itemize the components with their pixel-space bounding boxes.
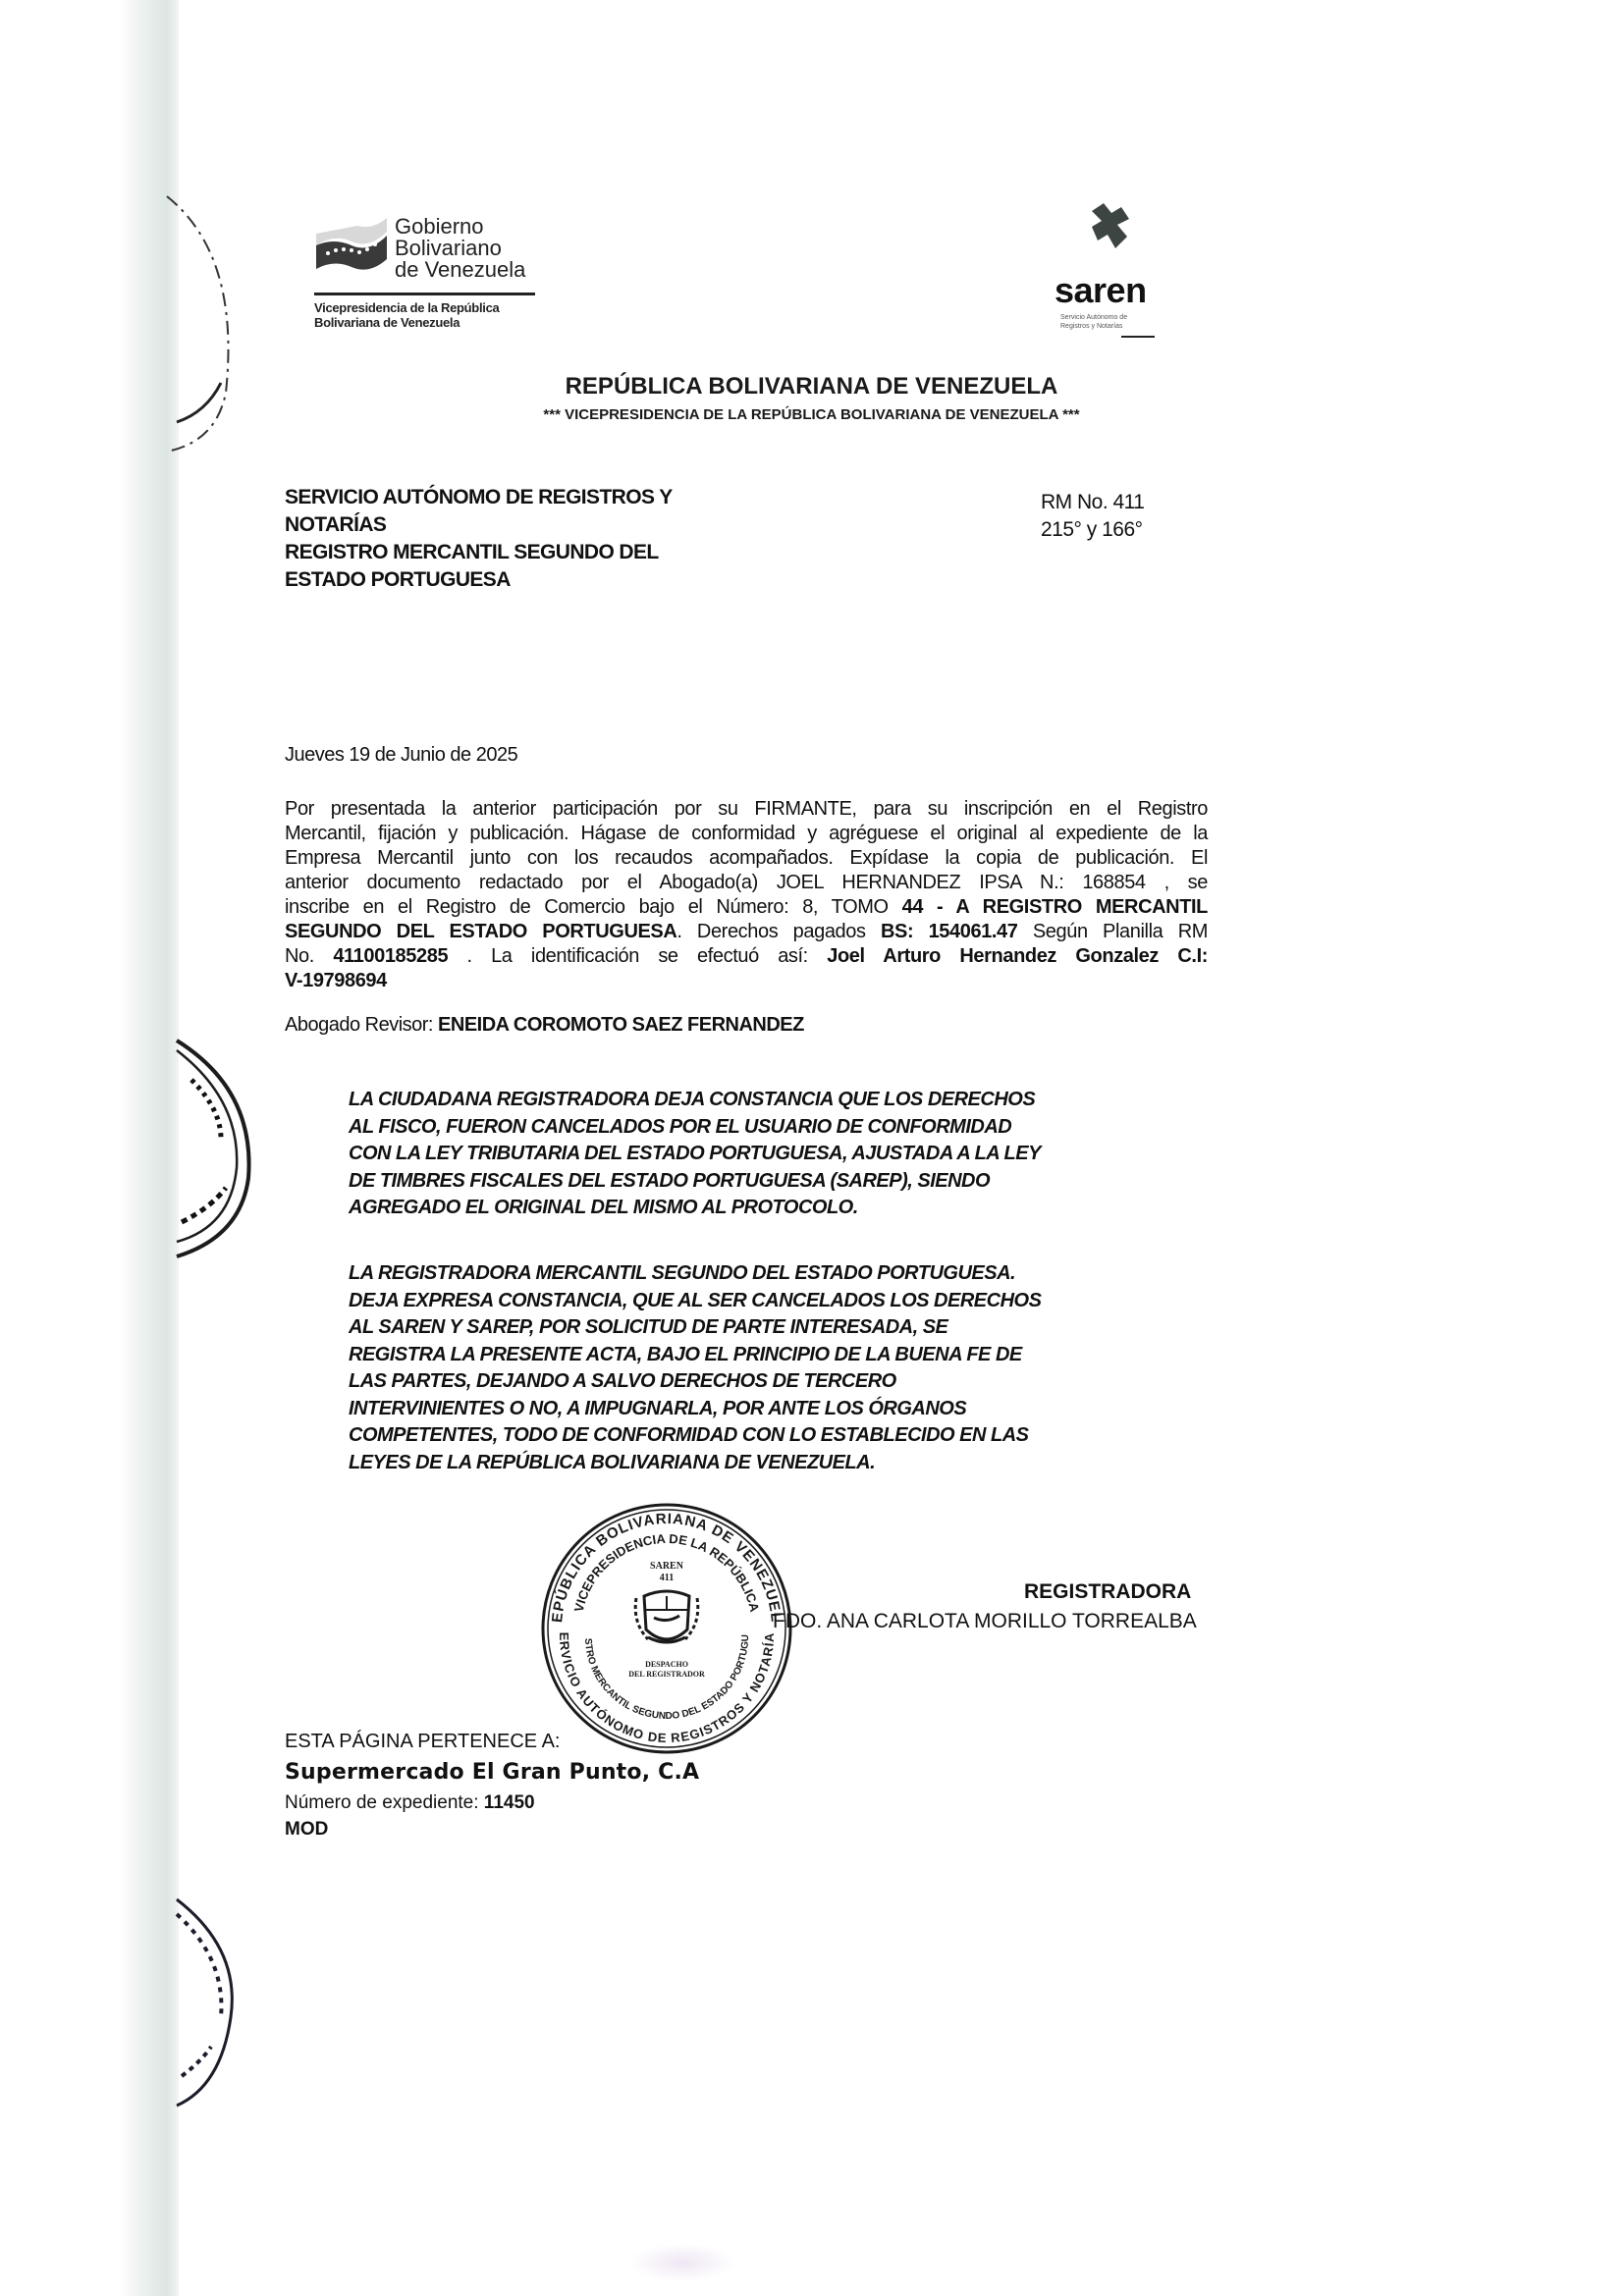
svg-text:DESPACHO: DESPACHO [645, 1660, 688, 1669]
registration-paragraph: Por presentada la anterior participación… [285, 797, 1208, 993]
gobierno-bolivariano-logo: Gobierno Bolivariano de Venezuela Vicepr… [314, 196, 569, 344]
file-number: Número de expediente: 11450 [285, 1792, 535, 1814]
svg-text:411: 411 [660, 1573, 674, 1583]
years-marker: 215° y 166° [1041, 516, 1145, 544]
partial-stamp-middle [172, 1031, 270, 1266]
office-name: SERVICIO AUTÓNOMO DE REGISTROS Y NOTARÍA… [285, 484, 673, 594]
tomo-registry: 44 - A REGISTRO MERCANTIL [902, 896, 1208, 918]
cedula-number: V-19798694 [285, 970, 387, 991]
signer-name: FDO. ANA CARLOTA MORILLO TORREALBA [773, 1610, 1197, 1633]
saren-mark-icon [1088, 201, 1133, 250]
document-date: Jueves 19 de Junio de 2025 [285, 744, 517, 767]
gob-logo-text: Gobierno Bolivariano de Venezuela [395, 216, 525, 281]
page-belongs-label: ESTA PÁGINA PERTENECE A: [285, 1731, 560, 1753]
svg-text:SAREN: SAREN [650, 1561, 684, 1572]
mod-label: MOD [285, 1819, 328, 1841]
reviewing-lawyer: Abogado Revisor: ENEIDA COROMOTO SAEZ FE… [285, 1014, 804, 1037]
svg-text:DEL REGISTRADOR: DEL REGISTRADOR [628, 1670, 705, 1679]
document-subtitle: *** VICEPRESIDENCIA DE LA REPÚBLICA BOLI… [0, 406, 1623, 423]
fees-paid: BS: 154061.47 [881, 921, 1018, 942]
gob-logo-rule [314, 293, 535, 295]
identified-person: Joel Arturo Hernandez Gonzalez C.I: [827, 945, 1208, 967]
saren-logo: saren Servicio Autónomo de Registros y N… [1051, 201, 1178, 348]
company-name: Supermercado El Gran Punto, C.A [285, 1760, 699, 1785]
saren-subtitle: Servicio Autónomo de Registros y Notaría… [1060, 313, 1159, 331]
coat-of-arms-icon [635, 1591, 698, 1642]
partial-stamp-bottom [172, 1890, 260, 2115]
venezuela-flag-icon [314, 216, 391, 275]
fiscal-rights-notice: LA CIUDADANA REGISTRADORA DEJA CONSTANCI… [349, 1087, 1041, 1222]
saren-rule [1121, 336, 1155, 338]
registrar-constancy-notice: LA REGISTRADORA MERCANTIL SEGUNDO DEL ES… [349, 1260, 1041, 1476]
rm-number: RM No. 411 [1041, 489, 1145, 516]
partial-stamp-top [147, 177, 265, 471]
saren-wordmark: saren [1055, 270, 1147, 311]
registry-number: RM No. 411 215° y 166° [1041, 489, 1145, 544]
signer-role: REGISTRADORA [1024, 1580, 1191, 1604]
planilla-number: 41100185285 [333, 945, 448, 967]
document-title: REPÚBLICA BOLIVARIANA DE VENEZUELA [0, 373, 1623, 400]
gob-logo-subtitle: Vicepresidencia de la República Bolivari… [314, 300, 499, 330]
official-seal-stamp: REPÚBLICA BOLIVARIANA DE VENEZUELA VICEP… [538, 1500, 795, 1757]
scan-artifact [628, 2243, 736, 2282]
